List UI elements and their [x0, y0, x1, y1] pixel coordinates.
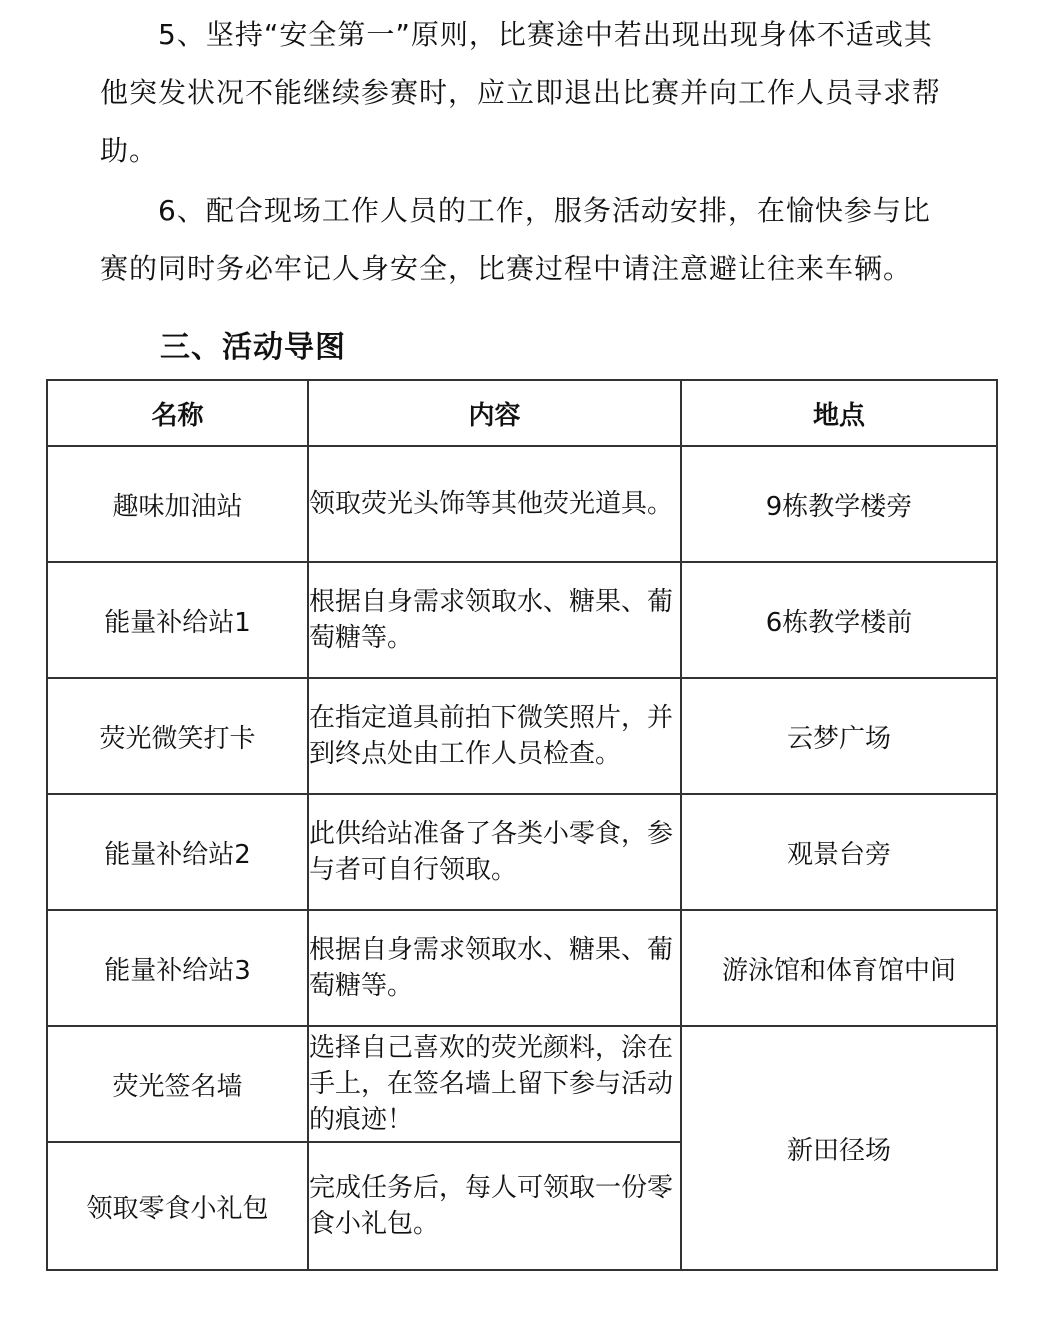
cell-name: 荧光签名墙 — [47, 1026, 308, 1142]
table-header-row: 名称 内容 地点 — [47, 380, 997, 446]
cell-place: 游泳馆和体育馆中间 — [681, 910, 997, 1026]
cell-name: 趣味加油站 — [47, 446, 308, 562]
activity-guide-table: 名称 内容 地点 趣味加油站 领取荧光头饰等其他荧光道具。 9栋教学楼旁 能量补… — [46, 379, 998, 1271]
section-title: 三、活动导图 — [160, 322, 346, 366]
cell-place: 6栋教学楼前 — [681, 562, 997, 678]
cell-place: 云梦广场 — [681, 678, 997, 794]
cell-name: 领取零食小礼包 — [47, 1142, 308, 1270]
cell-content: 根据自身需求领取水、糖果、葡萄糖等。 — [308, 562, 681, 678]
table-row: 趣味加油站 领取荧光头饰等其他荧光道具。 9栋教学楼旁 — [47, 446, 997, 562]
cell-place-merged: 新田径场 — [681, 1026, 997, 1270]
table-row: 能量补给站3 根据自身需求领取水、糖果、葡萄糖等。 游泳馆和体育馆中间 — [47, 910, 997, 1026]
cell-content: 选择自己喜欢的荧光颜料，涂在手上，在签名墙上留下参与活动的痕迹！ — [308, 1026, 681, 1142]
cell-place: 观景台旁 — [681, 794, 997, 910]
cell-name: 能量补给站2 — [47, 794, 308, 910]
rule-6-paragraph: 6、配合现场工作人员的工作，服务活动安排，在愉快参与比赛的同时务必牢记人身安全，… — [100, 182, 950, 298]
table-row: 能量补给站2 此供给站准备了各类小零食，参与者可自行领取。 观景台旁 — [47, 794, 997, 910]
cell-name: 荧光微笑打卡 — [47, 678, 308, 794]
header-content: 内容 — [308, 380, 681, 446]
cell-place: 9栋教学楼旁 — [681, 446, 997, 562]
table-row: 荧光微笑打卡 在指定道具前拍下微笑照片，并到终点处由工作人员检查。 云梦广场 — [47, 678, 997, 794]
table-row: 荧光签名墙 选择自己喜欢的荧光颜料，涂在手上，在签名墙上留下参与活动的痕迹！ 新… — [47, 1026, 997, 1142]
cell-content: 完成任务后，每人可领取一份零食小礼包。 — [308, 1142, 681, 1270]
cell-content: 此供给站准备了各类小零食，参与者可自行领取。 — [308, 794, 681, 910]
table-row: 能量补给站1 根据自身需求领取水、糖果、葡萄糖等。 6栋教学楼前 — [47, 562, 997, 678]
rule-5-paragraph: 5、坚持“安全第一”原则，比赛途中若出现出现身体不适或其他突发状况不能继续参赛时… — [100, 6, 950, 180]
cell-content: 领取荧光头饰等其他荧光道具。 — [308, 446, 681, 562]
header-name: 名称 — [47, 380, 308, 446]
rule-5-text: 5、坚持“安全第一”原则，比赛途中若出现出现身体不适或其他突发状况不能继续参赛时… — [100, 18, 941, 167]
cell-name: 能量补给站1 — [47, 562, 308, 678]
cell-content: 根据自身需求领取水、糖果、葡萄糖等。 — [308, 910, 681, 1026]
header-place: 地点 — [681, 380, 997, 446]
cell-content: 在指定道具前拍下微笑照片，并到终点处由工作人员检查。 — [308, 678, 681, 794]
rule-6-text: 6、配合现场工作人员的工作，服务活动安排，在愉快参与比赛的同时务必牢记人身安全，… — [100, 194, 931, 285]
cell-name: 能量补给站3 — [47, 910, 308, 1026]
